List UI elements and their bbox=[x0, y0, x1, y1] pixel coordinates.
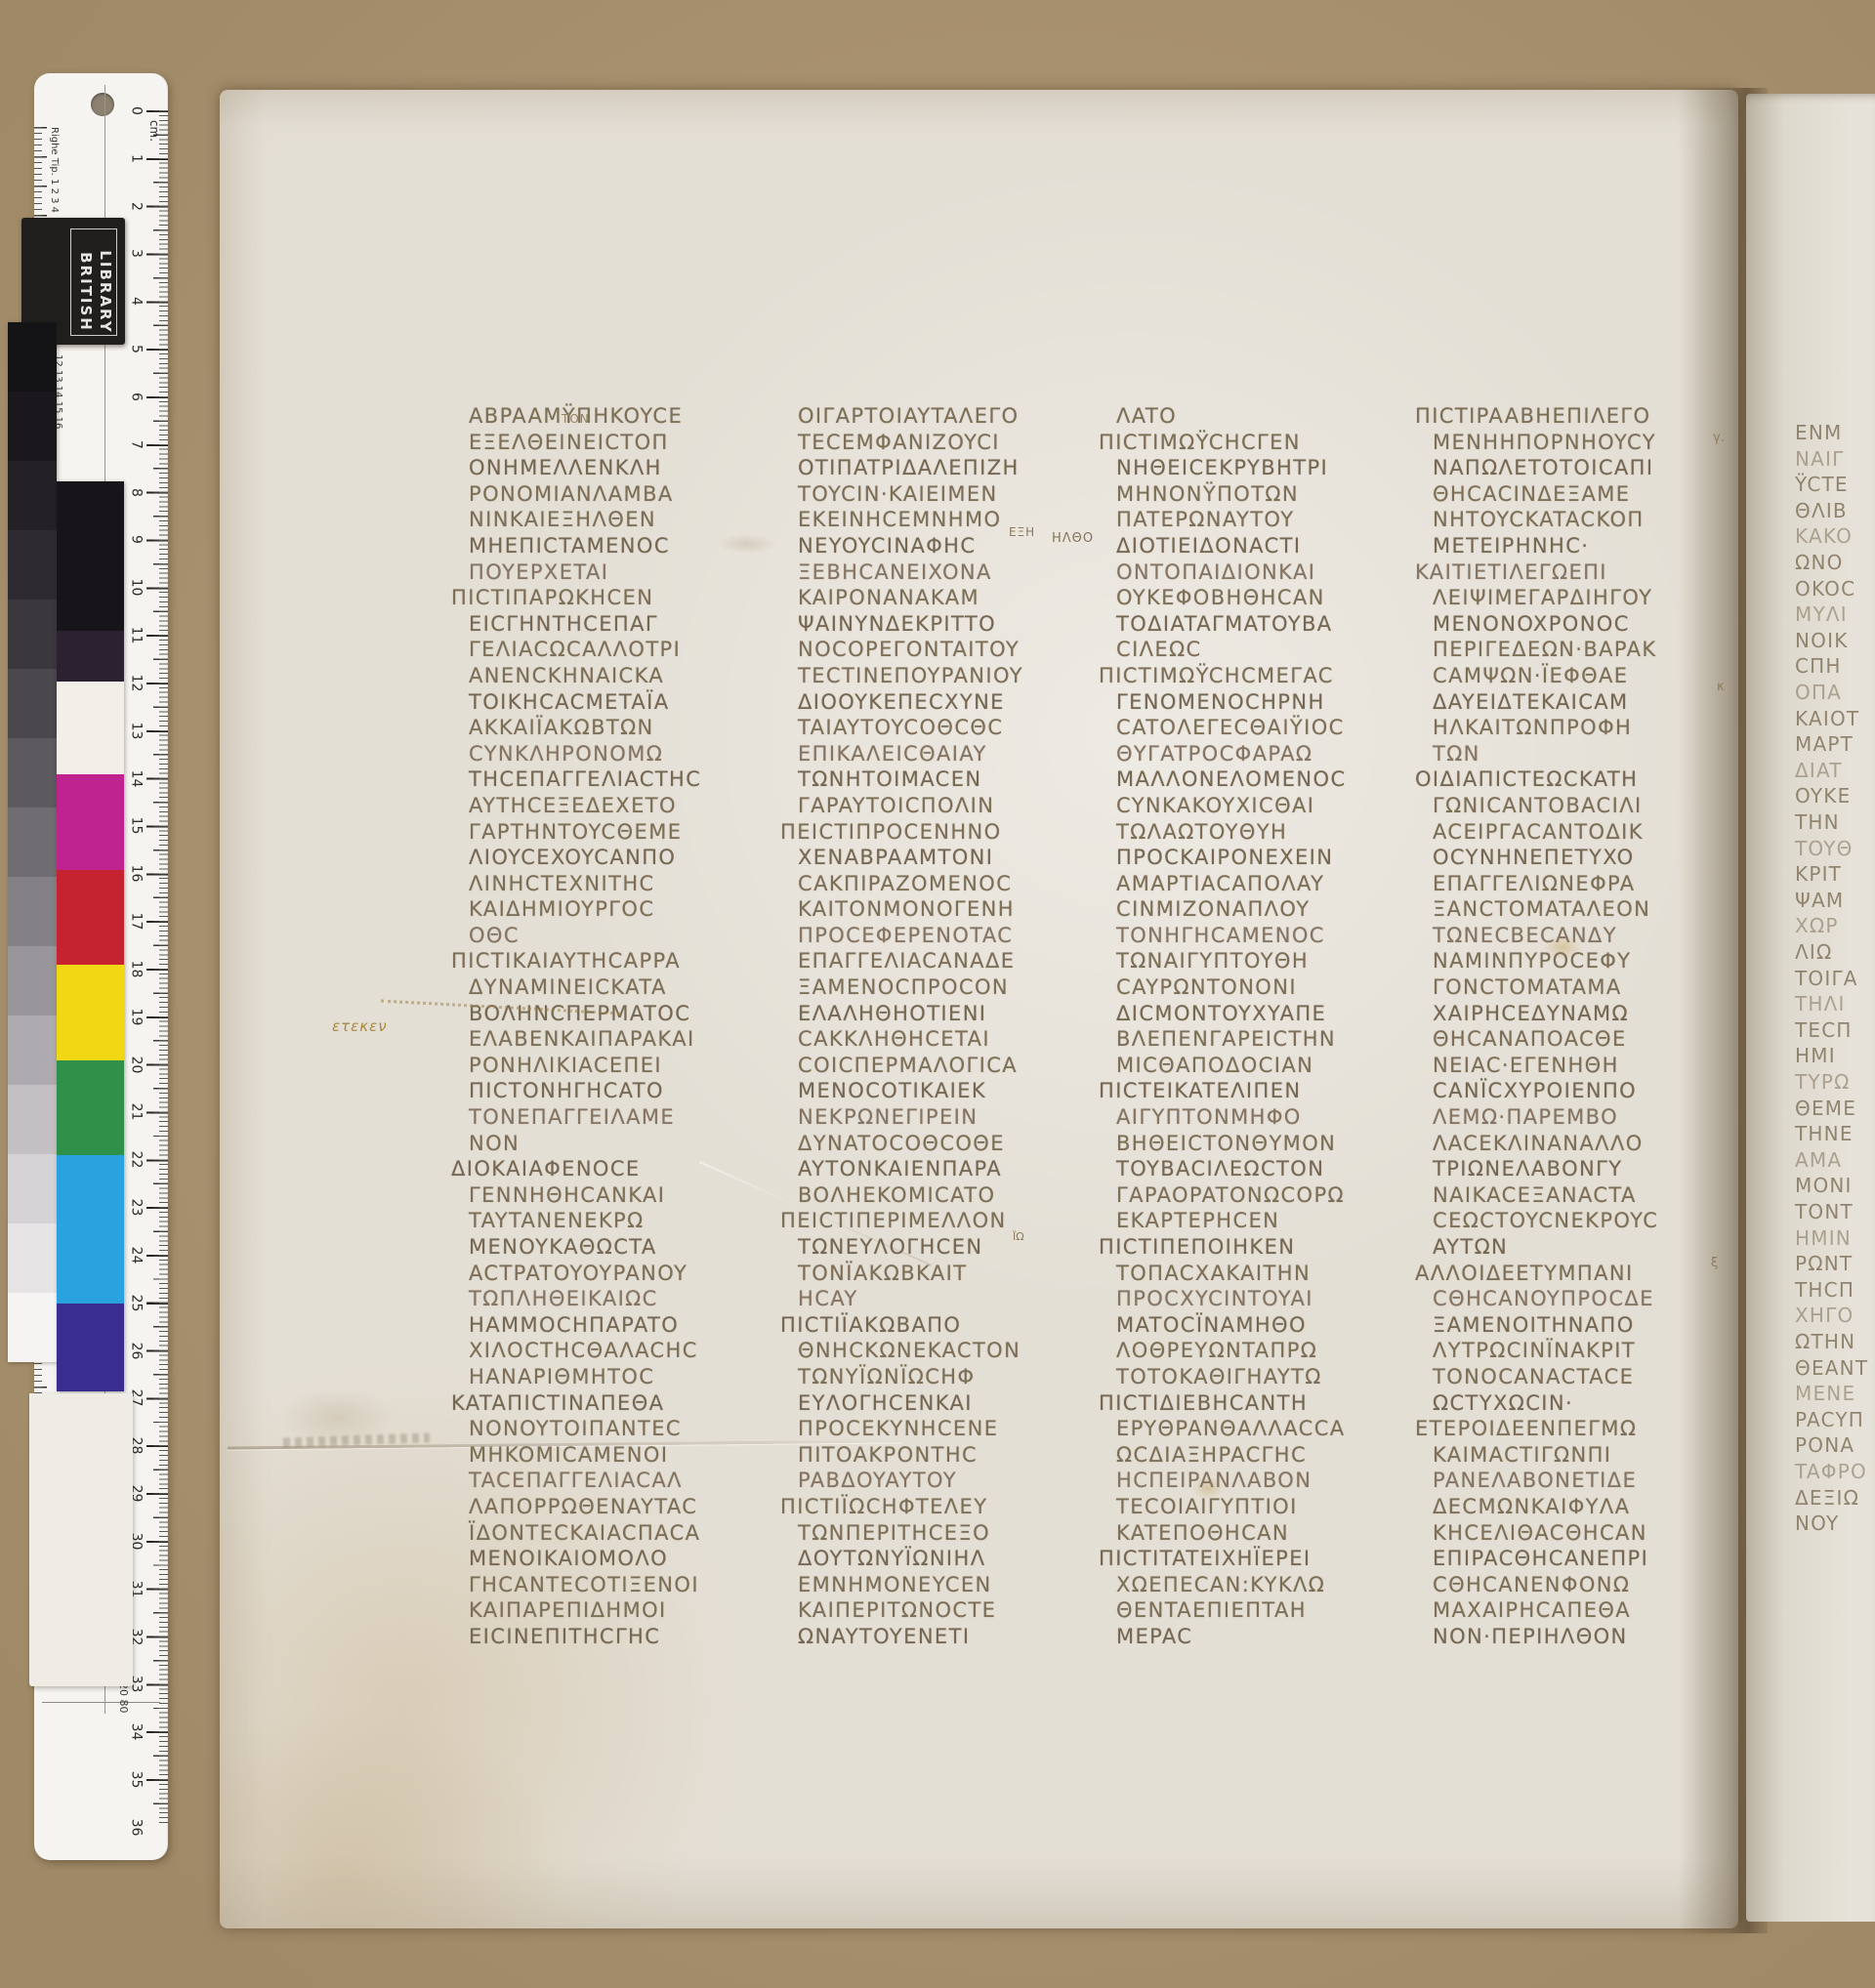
text-column-3: ΛATOΠICTIMΩŸCHCΓENNHΘEICEKPYBHTPIMHNONŸΠ… bbox=[1116, 403, 1424, 1650]
ruler-cm-number: 24 bbox=[130, 1242, 145, 1267]
gray-step bbox=[8, 808, 57, 877]
text-line: EΛABENKAIΠAPAKAI bbox=[469, 1026, 776, 1053]
grayscale-calibration-strip bbox=[8, 322, 57, 1362]
text-line: CAYPΩNTONONI bbox=[1116, 974, 1424, 1001]
text-line: MHNONŸΠOTΩN bbox=[1116, 481, 1424, 508]
ruler-cm-number: 9 bbox=[130, 527, 145, 553]
text-line: ΠICTIÏAKΩBAΠO bbox=[780, 1312, 1105, 1339]
text-line: TOYCIN·KAIEIMEN bbox=[798, 481, 1105, 508]
text-line: MATOCÏNAMHΘO bbox=[1116, 1312, 1424, 1339]
superscript-correction: EΞH bbox=[1009, 525, 1035, 539]
next-folio-line: MENE bbox=[1795, 1381, 1855, 1407]
next-folio-line: AMA bbox=[1795, 1147, 1842, 1174]
next-folio-line: CΠH bbox=[1795, 653, 1842, 680]
text-line: AMAPTIACAΠOΛAY bbox=[1116, 871, 1424, 897]
gray-step bbox=[8, 530, 57, 600]
text-line: EYΛOΓHCENKAI bbox=[798, 1390, 1105, 1417]
text-line: ΔIOTIEIΔONACTI bbox=[1116, 533, 1424, 559]
text-column-2: OIΓAPTOIAYTAΛEΓOTECEMΦANIZOYCIOTIΠATPIΔA… bbox=[798, 403, 1105, 1650]
text-line: ANENCKHNAICKA bbox=[469, 663, 776, 689]
text-line: MHKOMICAMENOI bbox=[469, 1442, 776, 1469]
text-line: ΔIOOYKEΠECXYNE bbox=[798, 689, 1105, 716]
text-line: ΠPOCKAIPONEXEIN bbox=[1116, 845, 1424, 871]
text-line: ΠITOAKPONTHC bbox=[798, 1442, 1105, 1469]
ruler-cm-number: 13 bbox=[130, 718, 145, 743]
text-line: ΓENNHΘHCANKAI bbox=[469, 1182, 776, 1209]
text-line: CYNKAKOYXICΘAI bbox=[1116, 793, 1424, 819]
label-line-2: BRITISH bbox=[76, 239, 96, 345]
gray-step bbox=[8, 946, 57, 1015]
next-folio-line: PONA bbox=[1795, 1432, 1854, 1459]
gray-step bbox=[8, 392, 57, 461]
next-folio-line: HMI bbox=[1795, 1043, 1836, 1069]
text-line: TONÏAKΩBKAIT bbox=[798, 1261, 1105, 1287]
next-folio-line: THCΠ bbox=[1795, 1277, 1854, 1304]
text-line: EPYΘPANΘAΛΛACCA bbox=[1116, 1416, 1424, 1442]
text-line: HAMMOCHΠAPATO bbox=[469, 1312, 776, 1339]
text-line: ΓENOMENOCHPNH bbox=[1116, 689, 1424, 716]
next-folio-line: TONT bbox=[1795, 1199, 1854, 1225]
text-line: ΠATEPΩNAYTOY bbox=[1116, 507, 1424, 533]
text-line: ΔIOKAIAΦENOCE bbox=[451, 1156, 776, 1182]
text-line: TOΔIATAΓMATOYBA bbox=[1116, 611, 1424, 638]
color-patch-magenta bbox=[57, 774, 124, 870]
text-line: NOCOPEΓONTAITOY bbox=[798, 637, 1105, 663]
text-line: TECEMΦANIZOYCI bbox=[798, 430, 1105, 456]
text-line: ΠICTITATEIXHÏEPEI bbox=[1099, 1546, 1424, 1572]
text-line: EICINEΠITHCΓHC bbox=[469, 1624, 776, 1650]
ruler-unit-label: cm. bbox=[147, 120, 161, 142]
text-line: TOYBACIΛEΩCTON bbox=[1116, 1156, 1424, 1182]
text-line: TONHΓHCAMENOC bbox=[1116, 923, 1424, 949]
text-line: EΛAΛHΘHOTIENI bbox=[798, 1001, 1105, 1027]
next-folio-line: PΩNT bbox=[1795, 1251, 1853, 1277]
text-line: KATEΠOΘHCAN bbox=[1116, 1520, 1424, 1547]
text-line: ΠICTEIKATEΛIΠEN bbox=[1099, 1078, 1424, 1104]
ruler-cm-number: 18 bbox=[130, 956, 145, 981]
text-line: AYTHCEΞEΔEXETO bbox=[469, 793, 776, 819]
text-line: MENOIKAIOMOΛO bbox=[469, 1546, 776, 1572]
text-line: TAIAYTOYCOΘCΘC bbox=[798, 715, 1105, 741]
text-line: EΠIKAΛEICΘAIAY bbox=[798, 741, 1105, 767]
text-line: ΓHCANTECOTIΞENOI bbox=[469, 1572, 776, 1598]
color-patch-red bbox=[57, 870, 124, 965]
ruler-cm-number: 19 bbox=[130, 1004, 145, 1029]
text-line: OΘC bbox=[469, 923, 776, 949]
margin-note-eteken: ετεκεν bbox=[332, 1017, 388, 1035]
text-line: TΩΛAΩTOYΘYH bbox=[1116, 819, 1424, 846]
text-line: BOΛHNCΠEPMATOC bbox=[469, 1001, 776, 1027]
ruler-cm-number: 17 bbox=[130, 909, 145, 934]
text-line: ΠPOCXYCINTOYAI bbox=[1116, 1286, 1424, 1312]
text-line: MICΘAΠOΔOCIAN bbox=[1116, 1053, 1424, 1079]
text-line: ΛIOYCEXOYCANΠO bbox=[469, 845, 776, 871]
text-line: MEPAC bbox=[1116, 1624, 1424, 1650]
text-line: CIΛEΩC bbox=[1116, 637, 1424, 663]
text-line: ΠICTIÏΩCHΦTEΛEY bbox=[780, 1494, 1105, 1520]
text-line: ΔOYTΩNYÏΩNIHΛ bbox=[798, 1546, 1105, 1572]
ruler-left-scale-label: Righe Tip. 1 2 3 4 bbox=[49, 127, 60, 213]
next-folio-line: NOIK bbox=[1795, 628, 1849, 654]
text-line: TAYTANENEKPΩ bbox=[469, 1208, 776, 1234]
text-line: ΛAΠOPPΩΘENAYTAC bbox=[469, 1494, 776, 1520]
text-line: ONTOΠAIΔIONKAI bbox=[1116, 559, 1424, 586]
next-folio-line: ENM bbox=[1795, 420, 1842, 446]
ruler-cm-number: 36 bbox=[130, 1814, 145, 1840]
ruler-cm-number: 5 bbox=[130, 337, 145, 362]
text-line: ABPAAMŸΠHKOYCE bbox=[469, 403, 776, 430]
gray-step bbox=[8, 738, 57, 808]
text-line: PONOMIANΛAMBA bbox=[469, 481, 776, 508]
text-line: ΔICMONTOYXYAΠE bbox=[1116, 1001, 1424, 1027]
next-folio-line: MYΛI bbox=[1795, 601, 1848, 628]
text-line: CINMIZONAΠΛOY bbox=[1116, 896, 1424, 923]
gray-step bbox=[8, 1223, 57, 1293]
gray-step bbox=[8, 877, 57, 946]
color-patch-white bbox=[57, 682, 124, 774]
text-line: OIΓAPTOIAYTAΛEΓO bbox=[798, 403, 1105, 430]
text-line: ΠICTIMΩŸCHCMEΓAC bbox=[1099, 663, 1424, 689]
next-folio-line: ΘEME bbox=[1795, 1096, 1856, 1122]
text-line: EICΓHNTHCEΠAΓ bbox=[469, 611, 776, 638]
ruler-cm-number: 10 bbox=[130, 575, 145, 601]
text-line: ΠICTONHΓHCATO bbox=[469, 1078, 776, 1104]
text-line: BΛEΠENΓAPEICTHN bbox=[1116, 1026, 1424, 1053]
text-line: ΠOYEPXETAI bbox=[469, 559, 776, 586]
text-line: ΠICTIΠEΠOIHKEN bbox=[1099, 1234, 1424, 1261]
text-line: HCΠEIPANΛABON bbox=[1116, 1468, 1424, 1494]
text-line: AKKAIÏAKΩBTΩN bbox=[469, 715, 776, 741]
ruler-cm-number: 8 bbox=[130, 479, 145, 505]
ruler-cm-number: 14 bbox=[130, 766, 145, 791]
next-folio-line: XHΓO bbox=[1795, 1303, 1854, 1329]
gray-step bbox=[8, 1085, 57, 1154]
next-folio-line: TECΠ bbox=[1795, 1017, 1853, 1044]
gray-step bbox=[8, 669, 57, 738]
text-line: ΛINHCTEXNITHC bbox=[469, 871, 776, 897]
ruler-cm-number: 0 bbox=[130, 99, 145, 124]
text-line: ΘENTAEΠIEΠTAH bbox=[1116, 1597, 1424, 1624]
gray-step bbox=[8, 322, 57, 392]
ruler-cm-number: 20 bbox=[130, 1052, 145, 1077]
color-patch-yellow bbox=[57, 965, 124, 1060]
gutter-correction: HΛΘO bbox=[1052, 531, 1094, 546]
text-line: HANAPIΘMHTOC bbox=[469, 1364, 776, 1390]
ruler-cm-number: 11 bbox=[130, 623, 145, 648]
text-line: ΠPOCEΦEPENOTAC bbox=[798, 923, 1105, 949]
text-line: ΓAPAYTOICΠOΛIN bbox=[798, 793, 1105, 819]
next-folio-line: TOIΓA bbox=[1795, 966, 1858, 992]
text-line: ΘNHCKΩNEKACTON bbox=[798, 1338, 1105, 1364]
text-line: ONHMEΛΛENKΛH bbox=[469, 455, 776, 481]
text-line: OTIΠATPIΔAΛEΠIZH bbox=[798, 455, 1105, 481]
next-folio-line: MONI bbox=[1795, 1173, 1853, 1199]
next-folio-line: TOYΘ bbox=[1795, 836, 1854, 862]
color-patch-dark-violet bbox=[57, 631, 124, 682]
text-line: TOIKHCACMETAÏA bbox=[469, 689, 776, 716]
next-folio-line: NOY bbox=[1795, 1511, 1839, 1537]
ruler-bottom-code: 20 80 bbox=[117, 1682, 130, 1714]
text-line: CYNKΛHPONOMΩ bbox=[469, 741, 776, 767]
text-line: NINKAIEΞHΛΘEN bbox=[469, 507, 776, 533]
text-line: ΞAMENOCΠPOCON bbox=[798, 974, 1105, 1001]
text-line: COICΠEPMAΛOΓICA bbox=[798, 1053, 1105, 1079]
superscript-correction: ÏΩ bbox=[1013, 1230, 1024, 1243]
next-folio-line: ΔEΞIΩ bbox=[1795, 1485, 1859, 1512]
next-folio-line: ΨAM bbox=[1795, 888, 1844, 914]
text-line: BHΘEICTONΘYMON bbox=[1116, 1131, 1424, 1157]
next-folio-line: ΩTHN bbox=[1795, 1329, 1855, 1355]
next-folio-line: ΩNO bbox=[1795, 550, 1844, 576]
next-folio-line: TAΦPO bbox=[1795, 1459, 1867, 1485]
ruler-cm-number: 21 bbox=[130, 1099, 145, 1125]
text-line: EΞEΛΘEINEICTOΠ bbox=[469, 430, 776, 456]
text-line: TONEΠAΓΓEIΛAME bbox=[469, 1104, 776, 1131]
text-line: ΠICTIKAIAYTHCAPPA bbox=[451, 948, 776, 974]
label-frame: LIBRARY BRITISH bbox=[70, 228, 117, 336]
text-line: ΨAINYNΔEKPITTO bbox=[798, 611, 1105, 638]
text-line: ΠICTIΠAPΩKHCEN bbox=[451, 585, 776, 611]
text-line: TΩNYÏΩNÏΩCHΦ bbox=[798, 1364, 1105, 1390]
next-folio-line: OKOC bbox=[1795, 576, 1855, 602]
text-line: CAKΠIPAZOMENOC bbox=[798, 871, 1105, 897]
text-column-1: ABPAAMŸΠHKOYCEEΞEΛΘEINEICTOΠONHMEΛΛENKΛH… bbox=[469, 403, 776, 1650]
next-folio-line: KAKO bbox=[1795, 523, 1853, 550]
next-folio-line: TYPΩ bbox=[1795, 1069, 1851, 1096]
text-line: CATOΛEΓECΘAIŸIOC bbox=[1116, 715, 1424, 741]
text-line: ÏΔONTECKAIACΠACA bbox=[469, 1520, 776, 1547]
photograph-background: { "ruler": { "unit_label": "cm.", "cm_la… bbox=[0, 0, 1875, 1988]
ruler-cm-number: 15 bbox=[130, 813, 145, 839]
label-line-1: LIBRARY bbox=[96, 239, 115, 345]
ruler-cm-number: 26 bbox=[130, 1338, 145, 1363]
manuscript-page: ABPAAMŸΠHKOYCEEΞEΛΘEINEICTOΠONHMEΛΛENKΛH… bbox=[220, 90, 1738, 1928]
ruler-cm-number: 2 bbox=[130, 193, 145, 219]
text-line: EΠAΓΓEΛIACANAΔE bbox=[798, 948, 1105, 974]
text-line: MAΛΛONEΛOMENOC bbox=[1116, 766, 1424, 793]
color-patch-green bbox=[57, 1060, 124, 1155]
gray-step bbox=[8, 461, 57, 530]
ruler-cm-number: 35 bbox=[130, 1767, 145, 1793]
text-line: ΓAPTHNTOYCΘEME bbox=[469, 819, 776, 846]
next-folio-line: ŸCTE bbox=[1795, 472, 1849, 498]
gray-step bbox=[8, 1293, 57, 1362]
text-line: ΠPOCEKYNHCENE bbox=[798, 1416, 1105, 1442]
color-patch-blue bbox=[57, 1304, 124, 1391]
text-line: ΠICTIΔIEBHCANTH bbox=[1099, 1390, 1424, 1417]
text-line: KAIΠAPEΠIΔHMOI bbox=[469, 1597, 776, 1624]
text-line: TOTOKAΘIΓHAYTΩ bbox=[1116, 1364, 1424, 1390]
text-line: ΓAPAOPATONΩCOPΩ bbox=[1116, 1182, 1424, 1209]
text-line: BOΛHEKOMICATO bbox=[798, 1182, 1105, 1209]
text-line: AIΓYΠTONMHΦO bbox=[1116, 1104, 1424, 1131]
next-folio-line: KPIT bbox=[1795, 861, 1842, 888]
text-line: KAITONMONOΓENH bbox=[798, 896, 1105, 923]
color-patch-cyan bbox=[57, 1155, 124, 1304]
next-folio-edge: ENMNAIΓŸCTEΘΛIBKAKOΩNOOKOCMYΛINOIKCΠHOΠA… bbox=[1746, 94, 1875, 1922]
text-line: THCEΠAΓΓEΛIACTHC bbox=[469, 766, 776, 793]
text-line: TECOIAIΓYΠTIOI bbox=[1116, 1494, 1424, 1520]
text-line: MHEΠICTAMENOC bbox=[469, 533, 776, 559]
next-folio-line: ΔIAT bbox=[1795, 758, 1843, 784]
text-line: ΠEICTIΠEPIMEΛΛON bbox=[780, 1208, 1105, 1234]
text-line: NONOYTOIΠANTEC bbox=[469, 1416, 776, 1442]
ruler-cm-number: 1 bbox=[130, 145, 145, 171]
text-line: ΞEBHCANEIXONA bbox=[798, 559, 1105, 586]
text-line: ΠICTIMΩŸCHCΓEN bbox=[1099, 430, 1424, 456]
text-line: ΘYΓATPOCΦAPAΩ bbox=[1116, 741, 1424, 767]
text-line: AYTONKAIENΠAPA bbox=[798, 1156, 1105, 1182]
next-folio-line: NAIΓ bbox=[1795, 446, 1844, 473]
text-line: TΩΠΛHΘEIKAIΩC bbox=[469, 1286, 776, 1312]
next-folio-line: ΘΛIB bbox=[1795, 498, 1848, 524]
text-line: ΩCΔIAΞHPACΓHC bbox=[1116, 1442, 1424, 1469]
text-line: OYKEΦOBHΘHCAN bbox=[1116, 585, 1424, 611]
text-line: TΩNHTOIMACEN bbox=[798, 766, 1105, 793]
next-folio-line: THNE bbox=[1795, 1121, 1854, 1147]
text-line: XENABPAAMTONI bbox=[798, 845, 1105, 871]
text-line: TACEΠAΓΓEΛIACAΛ bbox=[469, 1468, 776, 1494]
text-line: NHΘEICEKPYBHTPI bbox=[1116, 455, 1424, 481]
text-line: KAIΠEPITΩNOCTE bbox=[798, 1597, 1105, 1624]
text-line: ΓEΛIACΩCAΛΛOTPI bbox=[469, 637, 776, 663]
calibration-card-backing bbox=[29, 1393, 133, 1686]
text-line: KATAΠICTINAΠEΘA bbox=[451, 1390, 776, 1417]
color-patch-black bbox=[57, 481, 124, 631]
color-calibration-strip bbox=[57, 481, 124, 1391]
text-line: XIΛOCTHCΘAΛACHC bbox=[469, 1338, 776, 1364]
ruler-cm-number: 4 bbox=[130, 289, 145, 314]
ruler-cm-number: 6 bbox=[130, 384, 145, 409]
text-line: EMNHMONEYCEN bbox=[798, 1572, 1105, 1598]
text-line: HCAY bbox=[798, 1286, 1105, 1312]
text-line: NEKPΩNEΓIPEIN bbox=[798, 1104, 1105, 1131]
text-line: ΩNAYTOYENETI bbox=[798, 1624, 1105, 1650]
text-line: EKAPTEPHCEN bbox=[1116, 1208, 1424, 1234]
text-line: ΔYNATOCOΘCOΘE bbox=[798, 1131, 1105, 1157]
next-folio-line: PACYΠ bbox=[1795, 1407, 1864, 1433]
text-line: TΩNAIΓYΠTOYΘH bbox=[1116, 948, 1424, 974]
gray-step bbox=[8, 600, 57, 669]
ruler-cm-number: 12 bbox=[130, 670, 145, 695]
text-line: TΩNΠEPITHCEΞO bbox=[798, 1520, 1105, 1547]
ruler-cm-number: 34 bbox=[130, 1719, 145, 1745]
text-line: XΩEΠECAN:KYKΛΩ bbox=[1116, 1572, 1424, 1598]
next-folio-line: OΠA bbox=[1795, 680, 1842, 706]
text-line: ΛOΘPEYΩNTAΠPΩ bbox=[1116, 1338, 1424, 1364]
ruler-cm-number: 23 bbox=[130, 1195, 145, 1221]
next-folio-line: MAPT bbox=[1795, 731, 1854, 758]
ruler-hole bbox=[91, 93, 114, 116]
text-line: PABΔOYAYTOY bbox=[798, 1468, 1105, 1494]
text-line: TΩNEYΛOΓHCEN bbox=[798, 1234, 1105, 1261]
next-folio-line: XΩP bbox=[1795, 913, 1839, 939]
text-line: KAIPONANAKAM bbox=[798, 585, 1105, 611]
gray-step bbox=[8, 1015, 57, 1085]
next-folio-line: ΛIΩ bbox=[1795, 939, 1832, 966]
next-folio-line: HMIN bbox=[1795, 1225, 1852, 1252]
text-line: ΛATO bbox=[1116, 403, 1424, 430]
text-line: NON bbox=[469, 1131, 776, 1157]
ruler-cm-number: 25 bbox=[130, 1290, 145, 1315]
text-line: PONHΛIKIACEΠEI bbox=[469, 1053, 776, 1079]
ruler-cm-number: 7 bbox=[130, 432, 145, 457]
text-line: CAKKΛHΘHCETAI bbox=[798, 1026, 1105, 1053]
text-line: TECTINEΠOYPANIOY bbox=[798, 663, 1105, 689]
superscript-correction: TON bbox=[562, 412, 590, 426]
margin-mark: κ bbox=[1717, 680, 1725, 694]
text-line: ΠEICTIΠPOCENHNO bbox=[780, 819, 1105, 846]
margin-mark: γ. bbox=[1713, 431, 1725, 445]
text-line: ΔYNAMINEICKATA bbox=[469, 974, 776, 1001]
margin-mark: ξ bbox=[1711, 1256, 1718, 1270]
next-folio-line: THΛI bbox=[1795, 991, 1846, 1017]
text-line: ACTPATOYOYPANOY bbox=[469, 1261, 776, 1287]
text-line: MENOYKAΘΩCTA bbox=[469, 1234, 776, 1261]
ruler-cm-ticks bbox=[146, 110, 168, 1827]
text-line: TOΠACXAKAITHN bbox=[1116, 1261, 1424, 1287]
ruler-cm-number: 3 bbox=[130, 241, 145, 267]
next-folio-line: OYKE bbox=[1795, 783, 1851, 809]
next-folio-line: THN bbox=[1795, 809, 1840, 836]
text-line: KAIΔHMIOYPΓOC bbox=[469, 896, 776, 923]
ruler-cm-number: 22 bbox=[130, 1147, 145, 1173]
next-folio-line: ΘEANT bbox=[1795, 1355, 1868, 1382]
text-line: EKEINHCEMNHMO bbox=[798, 507, 1105, 533]
gray-step bbox=[8, 1154, 57, 1223]
text-line: MENOCOTIKAIEK bbox=[798, 1078, 1105, 1104]
ruler-bottom-line bbox=[42, 1702, 160, 1703]
ruler-cm-number: 16 bbox=[130, 861, 145, 887]
next-folio-line: KAIOT bbox=[1795, 706, 1859, 732]
